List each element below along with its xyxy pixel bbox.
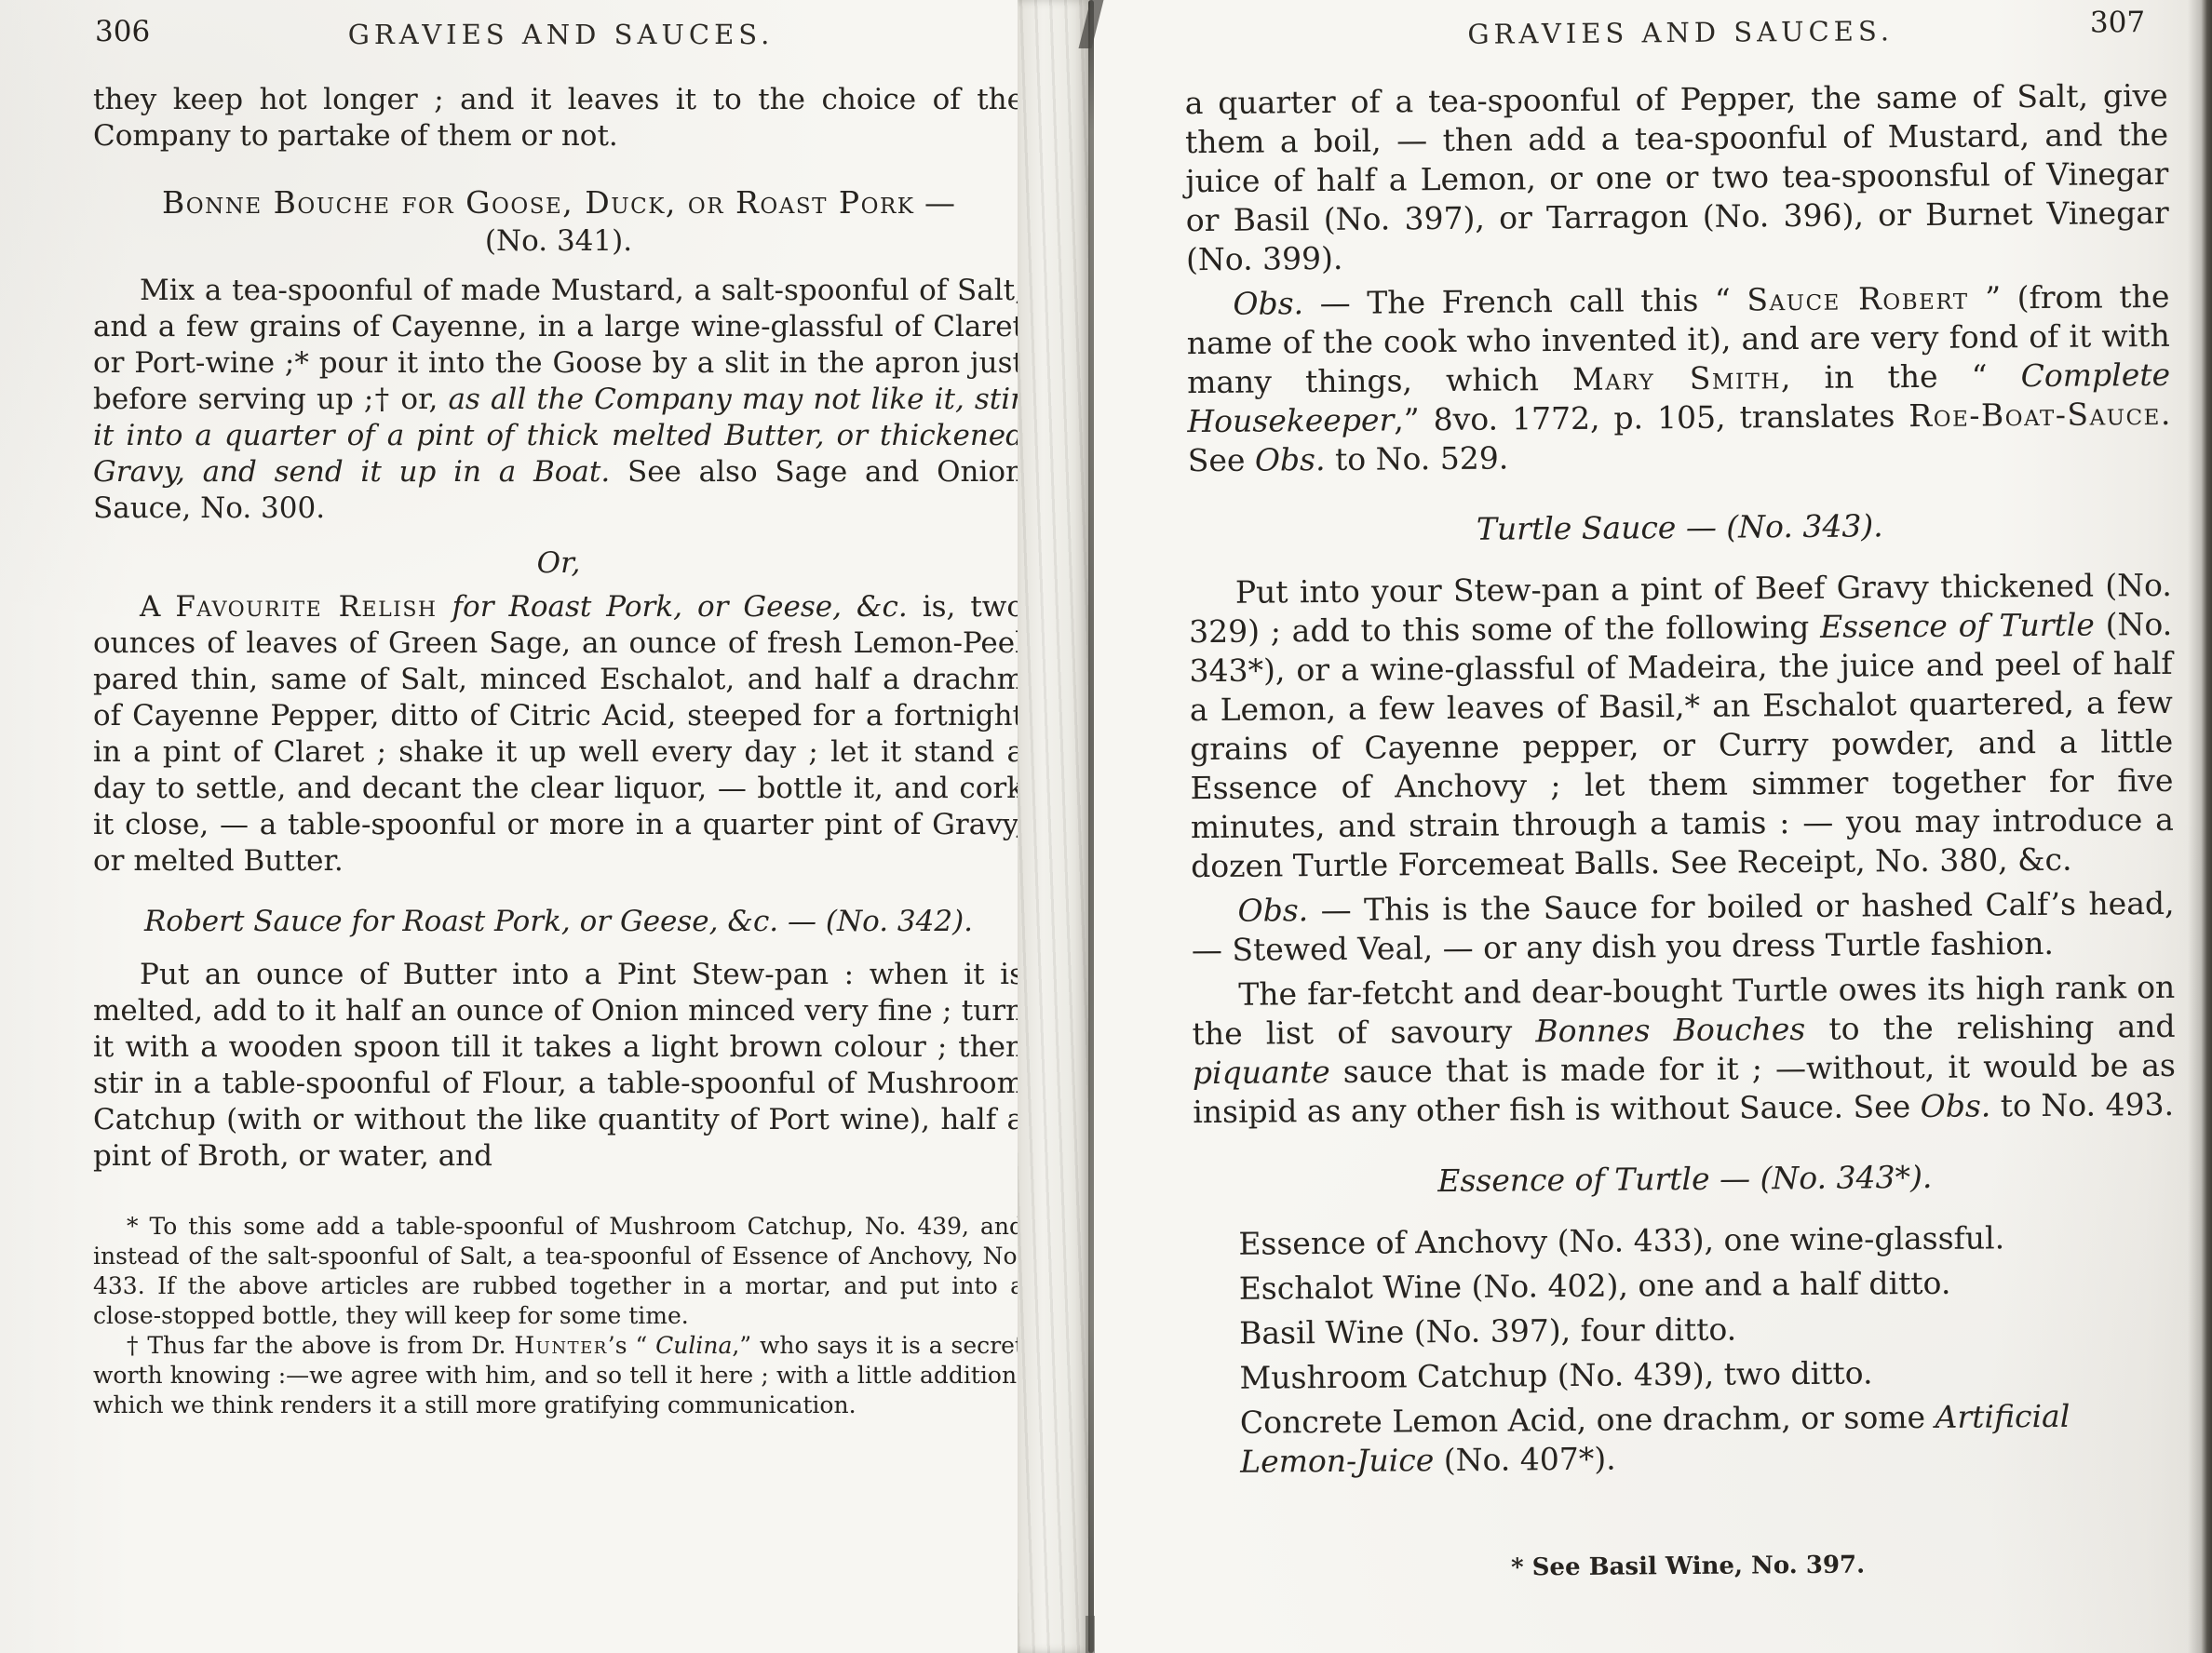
paragraph: Mix a tea-spoonful of made Mustard, a sa…: [93, 273, 1024, 527]
page-number: 306: [95, 15, 150, 48]
paragraph: Put into your Stew-pan a pint of Beef Gr…: [1189, 566, 2175, 886]
running-title: GRAVIES AND SAUCES.: [1467, 15, 1894, 50]
paragraph: a quarter of a tea-spoonful of Pepper, t…: [1185, 76, 2170, 279]
paragraph: A Favourite Relish for Roast Pork, or Ge…: [93, 589, 1024, 880]
right-page-content: a quarter of a tea-spoonful of Pepper, t…: [1185, 76, 2180, 1590]
book-page-spread: 306 GRAVIES AND SAUCES. they keep hot lo…: [0, 0, 2212, 1653]
paragraph: The far-fetcht and dear-bought Turtle ow…: [1192, 968, 2176, 1132]
right-page: GRAVIES AND SAUCES. 307 a quarter of a t…: [1175, 0, 2177, 1653]
section-heading: Essence of Turtle — (No. 343*).: [1194, 1156, 2177, 1203]
section-heading: Turtle Sauce —­ (No. 343).: [1188, 504, 2171, 551]
paragraph: they keep hot longer ; and it leaves it …: [93, 82, 1024, 155]
list-item: Basil Wine (No. 397), four ditto.: [1239, 1307, 2178, 1353]
list-item: Eschalot Wine (No. 402), one and a half …: [1239, 1262, 2178, 1309]
paragraph: Obs. — The French call this “ Sauce Robe…: [1186, 277, 2171, 480]
right-page-tilt-wrap: GRAVIES AND SAUCES. 307 a quarter of a t…: [1184, 9, 2189, 1590]
paragraph: Put an ounce of Butter into a Pint Stew-…: [93, 957, 1024, 1175]
page-number: 307: [2090, 6, 2145, 39]
footnote: † Thus far the above is from Dr. Hunter’…: [93, 1331, 1024, 1420]
left-page-content: they keep hot longer ; and it leaves it …: [93, 82, 1024, 1420]
list-item: Concrete Lemon Acid, one drachm, or some…: [1240, 1396, 2179, 1482]
page-right-edge-shadow: [2188, 0, 2212, 1653]
footnote: * To this some add a table-spoonful of M…: [93, 1212, 1024, 1331]
or-divider: Or,: [93, 545, 1024, 582]
paragraph: Obs. — This is the Sauce for boiled or h…: [1191, 884, 2175, 970]
running-title: GRAVIES AND SAUCES.: [348, 19, 775, 50]
section-heading-number: (No. 341).: [93, 223, 1024, 260]
list-item: Mushroom Catchup (No. 439), two ditto.: [1239, 1351, 2178, 1398]
right-page-header: GRAVIES AND SAUCES. 307: [1184, 9, 2177, 65]
list-item: Essence of Anchovy (No. 433), one wine-g…: [1238, 1217, 2177, 1264]
left-page-header: 306 GRAVIES AND SAUCES.: [93, 15, 1029, 63]
left-page: 306 GRAVIES AND SAUCES. they keep hot lo…: [0, 0, 1029, 1653]
binding-crease-line: [1088, 0, 1094, 1653]
binding-gutter: [1018, 0, 1090, 1653]
section-heading: Robert Sauce for Roast Pork, or Geese, &…: [93, 904, 1024, 940]
section-heading: Bonne Bouche for Goose, Duck, or Roast P…: [93, 182, 1024, 223]
footnote: * See Basil Wine, No. 397.: [1196, 1543, 2179, 1590]
